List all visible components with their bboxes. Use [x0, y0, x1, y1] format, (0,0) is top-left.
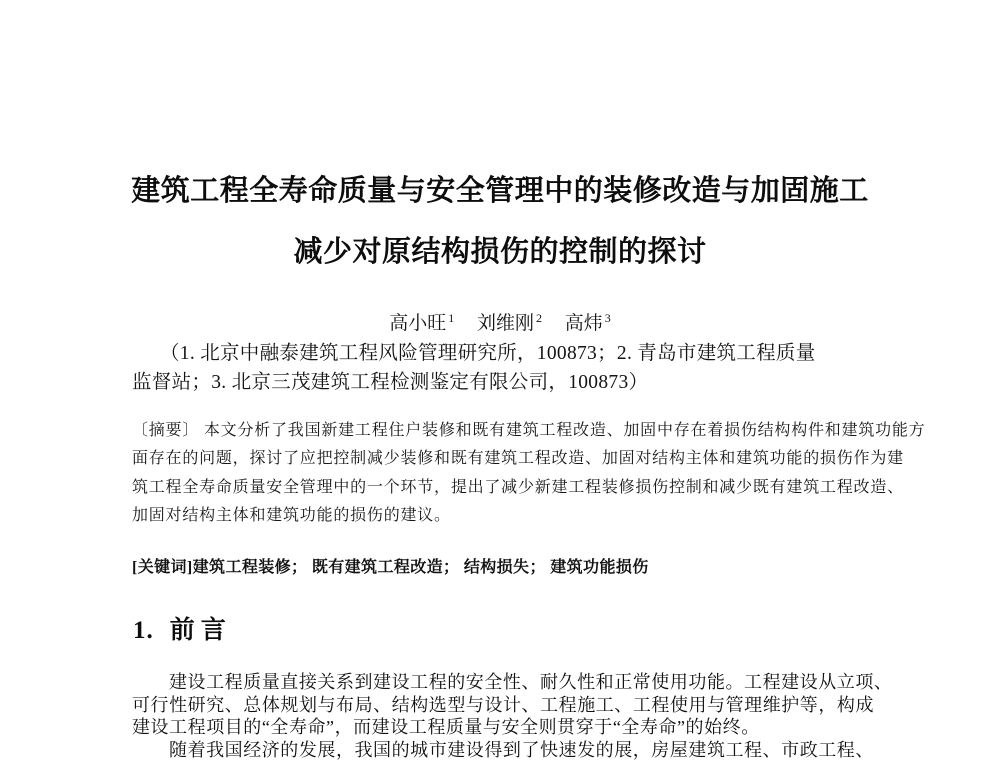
affiliation-block: （1. 北京中融泰建筑工程风险管理研究所，100873；2. 青岛市建筑工程质量…	[132, 340, 877, 397]
author-3-superscript: 3	[605, 311, 611, 325]
section-1-heading: 1.前言	[133, 610, 232, 646]
abstract-line-3: 筑工程全寿命质量安全管理中的一个环节，提出了减少新建工程装修损伤控制和减少既有建…	[132, 474, 892, 502]
section-1-title: 前言	[170, 617, 232, 644]
author-2-superscript: 2	[536, 311, 542, 325]
intro-line-1: 建设工程质量直接关系到建设工程的安全性、耐久性和正常使用功能。工程建设从立项、	[132, 671, 902, 694]
keywords-line: [关键词]建筑工程装修； 既有建筑工程改造； 结构损失； 建筑功能损伤	[132, 554, 892, 577]
abstract-block: 〔摘要〕 本文分析了我国新建工程住户装修和既有建筑工程改造、加固中存在着损伤结构…	[132, 417, 892, 531]
abstract-line-4: 加固对结构主体和建筑功能的损伤的建议。	[132, 502, 892, 530]
author-1: 高小旺1	[389, 313, 454, 334]
author-2: 刘维刚2	[477, 313, 542, 334]
authors-line: 高小旺1 刘维刚2 高炜3	[0, 308, 1000, 335]
section-1-number: 1.	[133, 617, 154, 644]
paper-page: 建筑工程全寿命质量与安全管理中的装修改造与加固施工 减少对原结构损伤的控制的探讨…	[0, 0, 1000, 760]
author-3: 高炜3	[565, 313, 611, 334]
author-1-name: 高小旺	[389, 313, 446, 334]
affiliation-line-2: 监督站；3. 北京三茂建筑工程检测鉴定有限公司，100873）	[132, 369, 877, 398]
intro-line-4: 随着我国经济的发展，我国的城市建设得到了快速发的展，房屋建筑工程、市政工程、	[132, 739, 902, 760]
abstract-line-1: 〔摘要〕 本文分析了我国新建工程住户装修和既有建筑工程改造、加固中存在着损伤结构…	[132, 417, 892, 445]
intro-line-3: 建设工程项目的“全寿命”，而建设工程质量与安全则贯穿于“全寿命”的始终。	[132, 716, 902, 739]
affiliation-line-1: （1. 北京中融泰建筑工程风险管理研究所，100873；2. 青岛市建筑工程质量	[132, 340, 877, 369]
author-1-superscript: 1	[448, 311, 454, 325]
paper-title-line-2: 减少对原结构损伤的控制的探讨	[0, 229, 1000, 270]
introduction-paragraphs: 建设工程质量直接关系到建设工程的安全性、耐久性和正常使用功能。工程建设从立项、 …	[132, 671, 902, 760]
author-3-name: 高炜	[565, 313, 603, 334]
author-2-name: 刘维刚	[477, 313, 534, 334]
intro-line-2: 可行性研究、总体规划与布局、结构选型与设计、工程施工、工程使用与管理维护等，构成	[132, 694, 902, 717]
abstract-line-2: 面存在的问题，探讨了应把控制减少装修和既有建筑工程改造、加固对结构主体和建筑功能…	[132, 445, 892, 473]
paper-title-line-1: 建筑工程全寿命质量与安全管理中的装修改造与加固施工	[0, 168, 1000, 209]
